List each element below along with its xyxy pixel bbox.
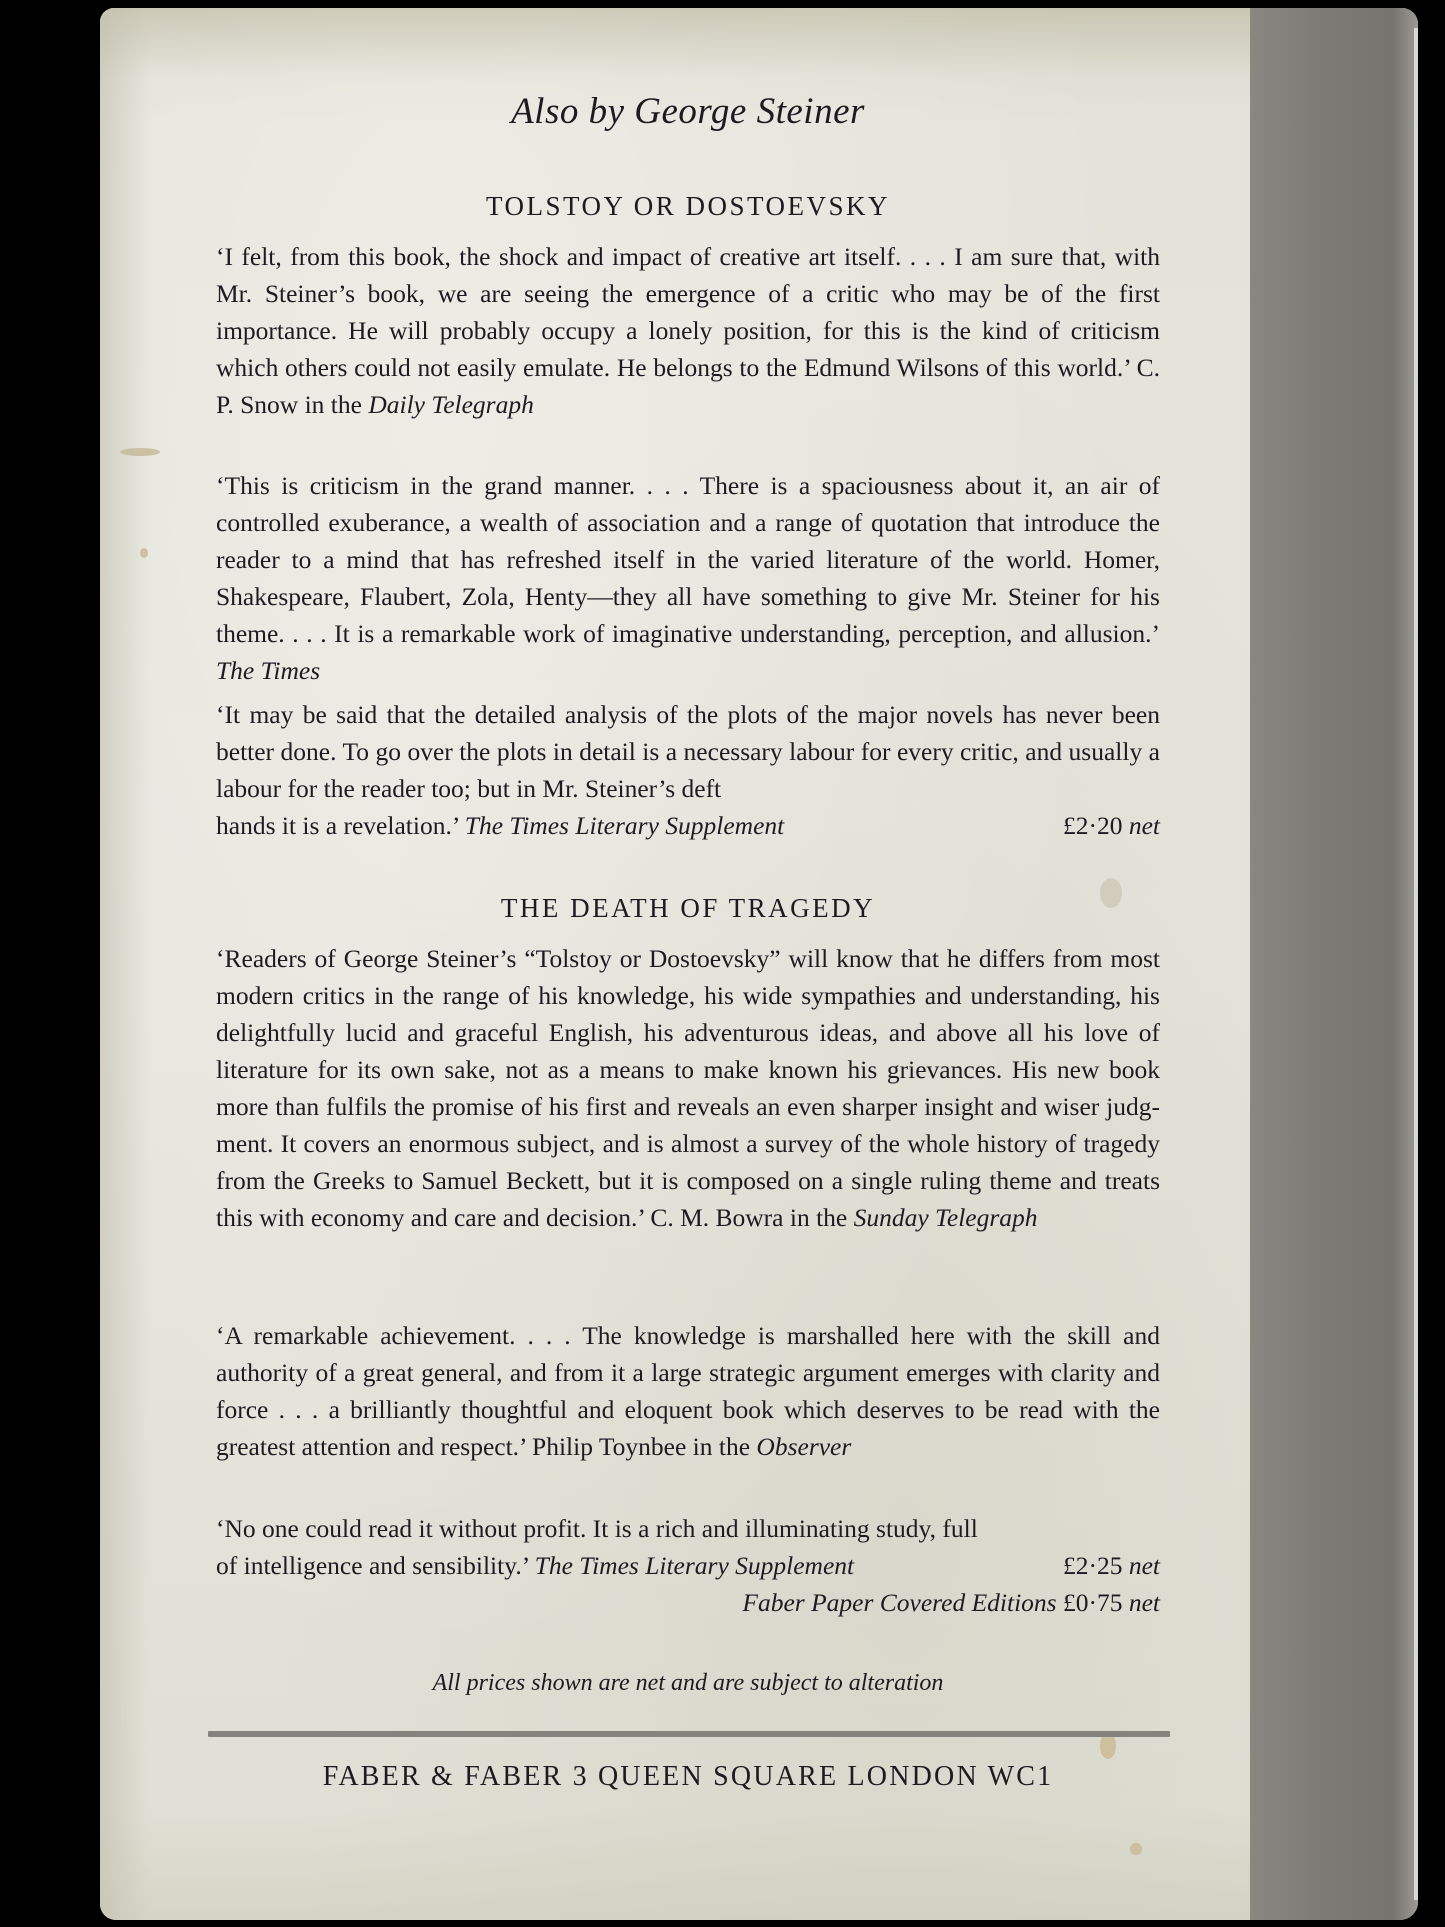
book-title-death-of-tragedy: THE DEATH OF TRAGEDY [216, 893, 1160, 924]
spine-highlight [1414, 28, 1418, 1900]
price-death-of-tragedy: £2·25 net [1063, 1547, 1160, 1584]
book-jacket-back-cover: Also by George Steiner TOLSTOY OR DOSTOE… [100, 8, 1418, 1920]
book-title-tolstoy-or-dostoevsky: TOLSTOY OR DOSTOEVSKY [216, 191, 1160, 222]
review-tls-1: ‘It may be said that the detailed analys… [216, 696, 1160, 844]
price-notice: All prices shown are net and are subject… [216, 1670, 1160, 1697]
paper-edition-price: Faber Paper Covered Editions £0·75 net [216, 1584, 1160, 1621]
water-stain [1130, 1843, 1142, 1855]
price-row: of intelligence and sensibility.’ The Ti… [216, 1547, 1160, 1584]
price-suffix: net [1122, 1588, 1160, 1617]
price-amount: £0·75 [1063, 1588, 1123, 1617]
review-text: ‘This is criticism in the grand manner. … [216, 471, 1160, 648]
publisher-imprint: FABER & FABER 3 QUEEN SQUARE LONDON WC1 [216, 1761, 1160, 1793]
review-tls-2: ‘No one could read it without profit. It… [216, 1510, 1160, 1584]
price-row: hands it is a revelation.’ The Times Lit… [216, 807, 1160, 844]
price-suffix: net [1122, 811, 1160, 840]
horizontal-rule [208, 1731, 1170, 1737]
review-source: Daily Telegraph [368, 390, 534, 419]
review-source: The Times [216, 656, 320, 685]
foxing-stain [120, 448, 160, 456]
spine-edge [1250, 8, 1418, 1920]
price-amount: £2·20 [1063, 811, 1123, 840]
review-times: ‘This is criticism in the grand manner. … [216, 467, 1160, 689]
review-text: ‘No one could read it without profit. It… [216, 1514, 978, 1543]
review-text: ‘I felt, from this book, the shock and i… [216, 242, 1160, 382]
review-source: Observer [756, 1432, 851, 1461]
review-source: The Times Literary Supplement [535, 1551, 854, 1580]
review-source: The Times Literary Supplement [465, 811, 784, 840]
review-last-line: of intelligence and sensibility.’ [216, 1551, 535, 1580]
price-tolstoy: £2·20 net [1063, 807, 1160, 844]
review-text: ‘Readers of George Steiner’s “Tolstoy or… [216, 944, 1160, 1232]
cover-title: Also by George Steiner [216, 90, 1160, 133]
paper-edition-label: Faber Paper Covered Editions [742, 1588, 1063, 1617]
review-attribution: C. M. Bowra in the [650, 1203, 853, 1232]
review-text: ‘It may be said that the detailed analys… [216, 700, 1160, 803]
price-amount: £2·25 [1063, 1551, 1123, 1580]
review-toynbee: ‘A remarkable achievement. . . . The kno… [216, 1317, 1160, 1465]
review-text: ‘A remarkable achievement. . . . The kno… [216, 1321, 1160, 1461]
review-last-line: hands it is a revelation.’ [216, 811, 465, 840]
foxing-stain [140, 548, 148, 558]
cover-panel: Also by George Steiner TOLSTOY OR DOSTOE… [100, 8, 1250, 1920]
price-suffix: net [1122, 1551, 1160, 1580]
review-snow: ‘I felt, from this book, the shock and i… [216, 238, 1160, 423]
review-source: Sunday Telegraph [854, 1203, 1038, 1232]
review-bowra: ‘Readers of George Steiner’s “Tolstoy or… [216, 940, 1160, 1236]
